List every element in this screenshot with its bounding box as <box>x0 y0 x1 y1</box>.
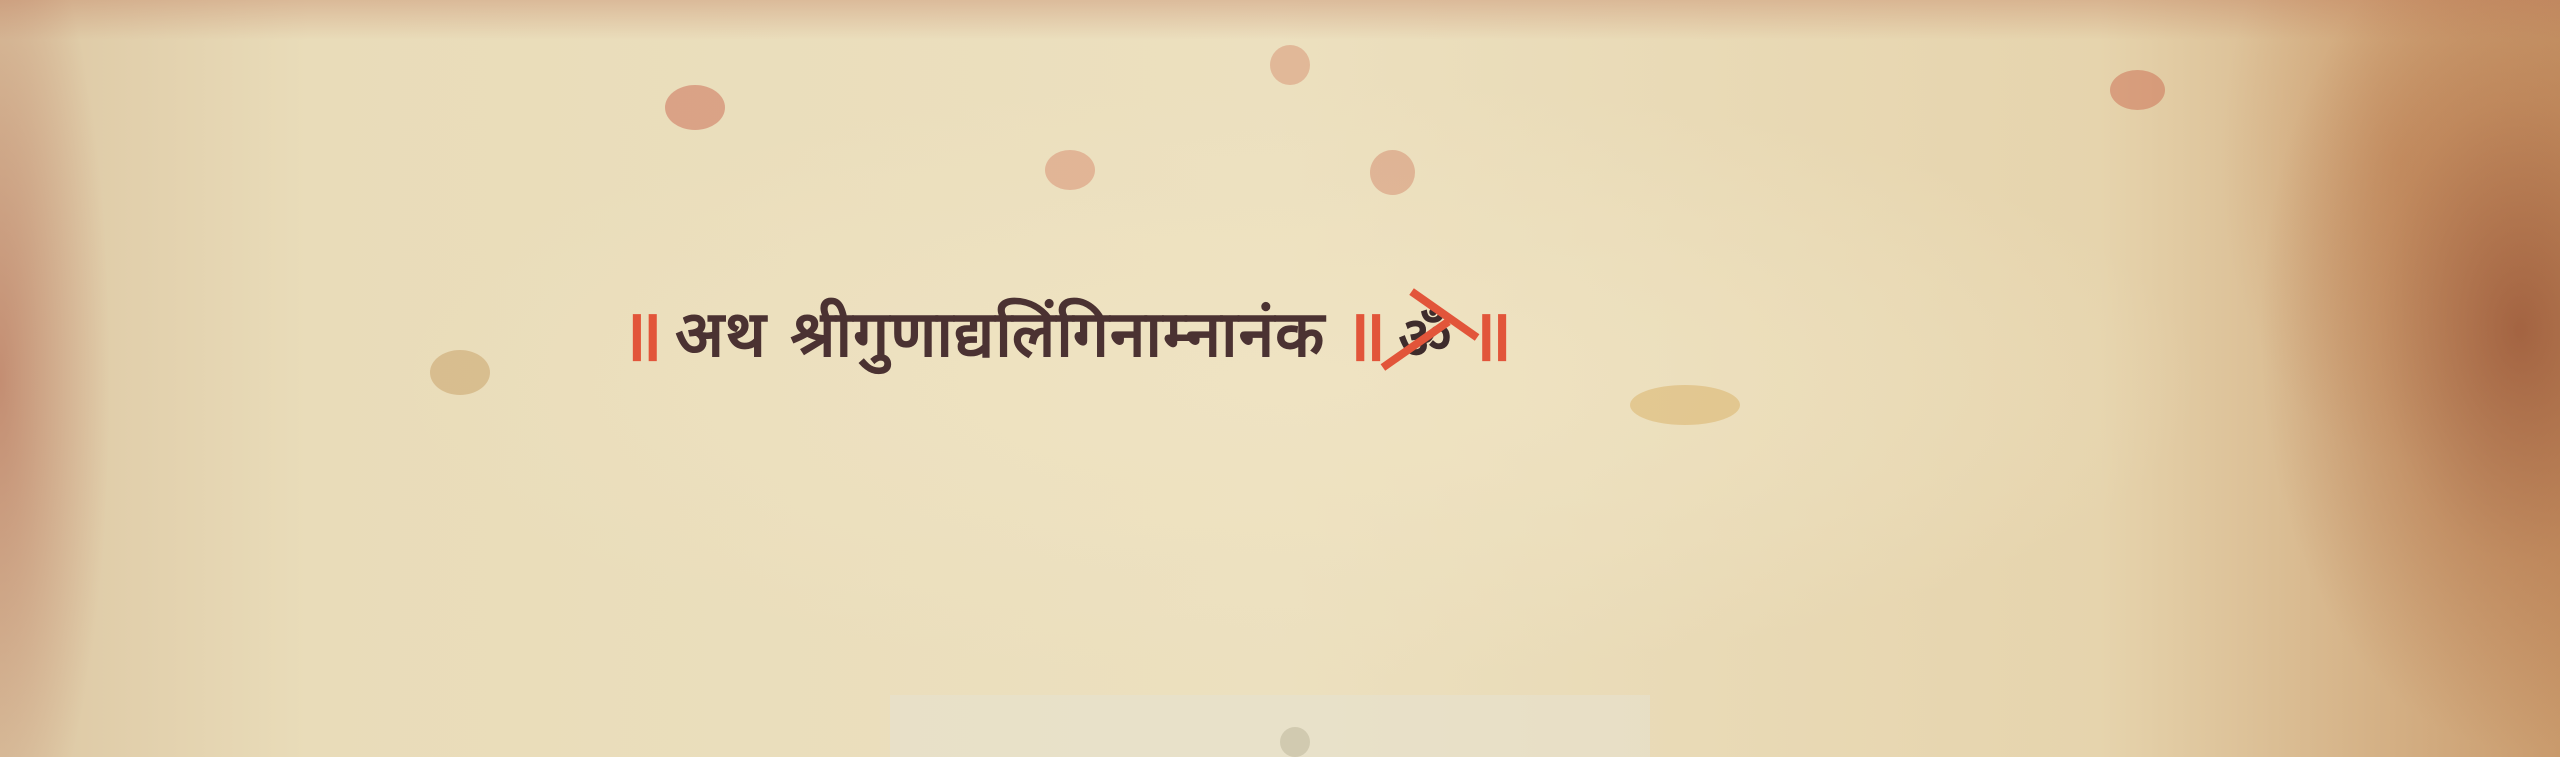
stain <box>665 85 725 130</box>
paper-repair-patch <box>890 695 1650 757</box>
stain <box>2110 70 2165 110</box>
closing-danda: ॥ <box>1343 299 1380 371</box>
manuscript-title-line: ॥ अथ श्रीगुणाद्यलिंगिनाम्नानंक ॥ ॐ ॥ <box>620 285 1507 385</box>
stain <box>430 350 490 395</box>
manuscript-leaf: ॥ अथ श्रीगुणाद्यलिंगिनाम्नानंक ॥ ॐ ॥ <box>0 0 2560 757</box>
opening-danda: ॥ <box>620 299 657 371</box>
stain <box>1370 150 1415 195</box>
stain <box>1045 150 1095 190</box>
stain <box>1270 45 1310 85</box>
title-text: अथ श्रीगुणाद्यलिंगिनाम्नानंक <box>675 303 1325 367</box>
stain <box>1630 385 1740 425</box>
om-symbol: ॐ <box>1398 296 1451 375</box>
